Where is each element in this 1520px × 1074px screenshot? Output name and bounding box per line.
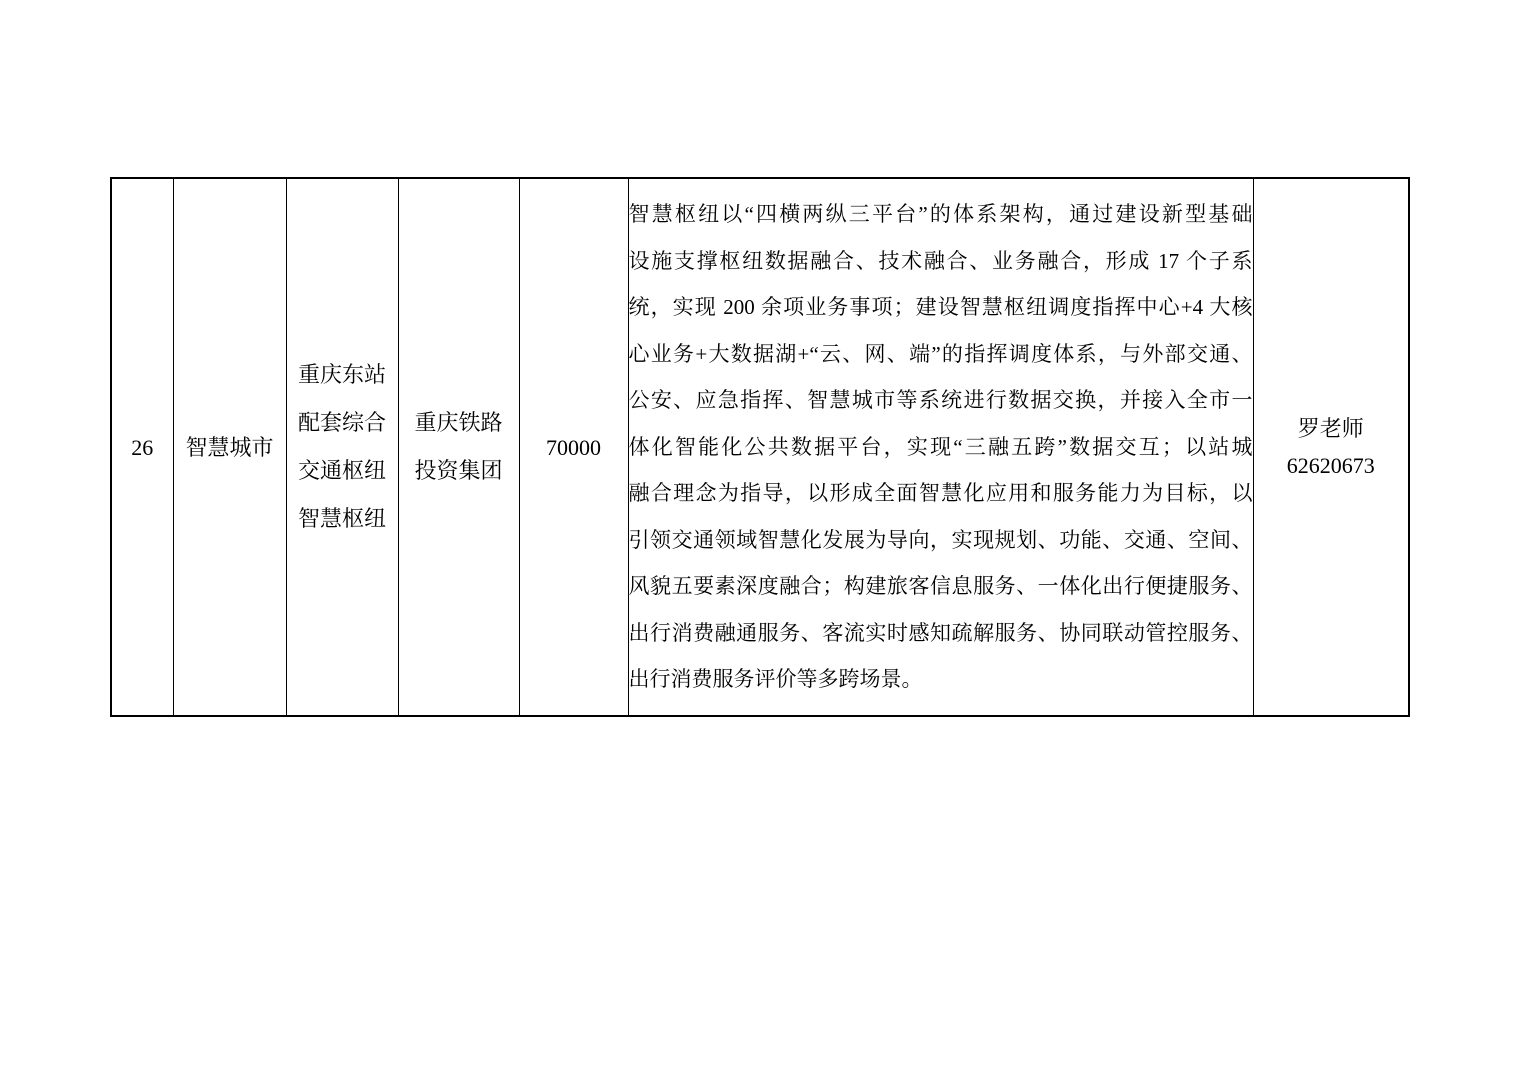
project-name-line: 配套综合 <box>287 399 398 447</box>
project-table: 26 智慧城市 重庆东站配套综合交通枢纽智慧枢纽 重庆铁路投资集团 70000 … <box>110 177 1410 717</box>
description-line: 引领交通领域智慧化发展为导向，实现规划、功能、交通、空间、 <box>629 517 1253 564</box>
cell-amount: 70000 <box>519 178 628 716</box>
description-line: 出行消费融通服务、客流实时感知疏解服务、协同联动管控服务、 <box>629 610 1253 657</box>
description: 智慧枢纽以“四横两纵三平台”的体系架构，通过建设新型基础设施支撑枢纽数据融合、技… <box>629 191 1253 703</box>
description-line: 体化智能化公共数据平台，实现“三融五跨”数据交互；以站城 <box>629 424 1253 471</box>
project-name: 重庆东站配套综合交通枢纽智慧枢纽 <box>287 351 398 543</box>
cell-organization: 重庆铁路投资集团 <box>398 178 519 716</box>
description-line: 智慧枢纽以“四横两纵三平台”的体系架构，通过建设新型基础 <box>629 191 1253 238</box>
amount-text: 70000 <box>546 435 601 460</box>
category-text: 智慧城市 <box>185 435 273 460</box>
cell-contact: 罗老师 62620673 <box>1253 178 1409 716</box>
organization: 重庆铁路投资集团 <box>399 399 519 495</box>
description-line: 心业务+大数据湖+“云、网、端”的指挥调度体系，与外部交通、 <box>629 331 1253 378</box>
cell-serial-number: 26 <box>111 178 173 716</box>
organization-line: 投资集团 <box>399 447 519 495</box>
serial-number-text: 26 <box>131 435 153 460</box>
cell-description: 智慧枢纽以“四横两纵三平台”的体系架构，通过建设新型基础设施支撑枢纽数据融合、技… <box>628 178 1253 716</box>
project-name-line: 交通枢纽 <box>287 447 398 495</box>
description-line: 设施支撑枢纽数据融合、技术融合、业务融合，形成 17 个子系 <box>629 238 1253 285</box>
table-row: 26 智慧城市 重庆东站配套综合交通枢纽智慧枢纽 重庆铁路投资集团 70000 … <box>111 178 1409 716</box>
organization-line: 重庆铁路 <box>399 399 519 447</box>
description-line: 融合理念为指导，以形成全面智慧化应用和服务能力为目标，以 <box>629 470 1253 517</box>
description-line: 出行消费服务评价等多跨场景。 <box>629 656 1253 703</box>
document-page: 26 智慧城市 重庆东站配套综合交通枢纽智慧枢纽 重庆铁路投资集团 70000 … <box>0 0 1520 1074</box>
contact-phone: 62620673 <box>1254 447 1409 484</box>
cell-category: 智慧城市 <box>173 178 286 716</box>
cell-project-name: 重庆东站配套综合交通枢纽智慧枢纽 <box>286 178 398 716</box>
description-line: 统，实现 200 余项业务事项；建设智慧枢纽调度指挥中心+4 大核 <box>629 284 1253 331</box>
contact-name: 罗老师 <box>1254 410 1409 447</box>
project-name-line: 重庆东站 <box>287 351 398 399</box>
description-line: 公安、应急指挥、智慧城市等系统进行数据交换，并接入全市一 <box>629 377 1253 424</box>
project-name-line: 智慧枢纽 <box>287 495 398 543</box>
description-line: 风貌五要素深度融合；构建旅客信息服务、一体化出行便捷服务、 <box>629 563 1253 610</box>
